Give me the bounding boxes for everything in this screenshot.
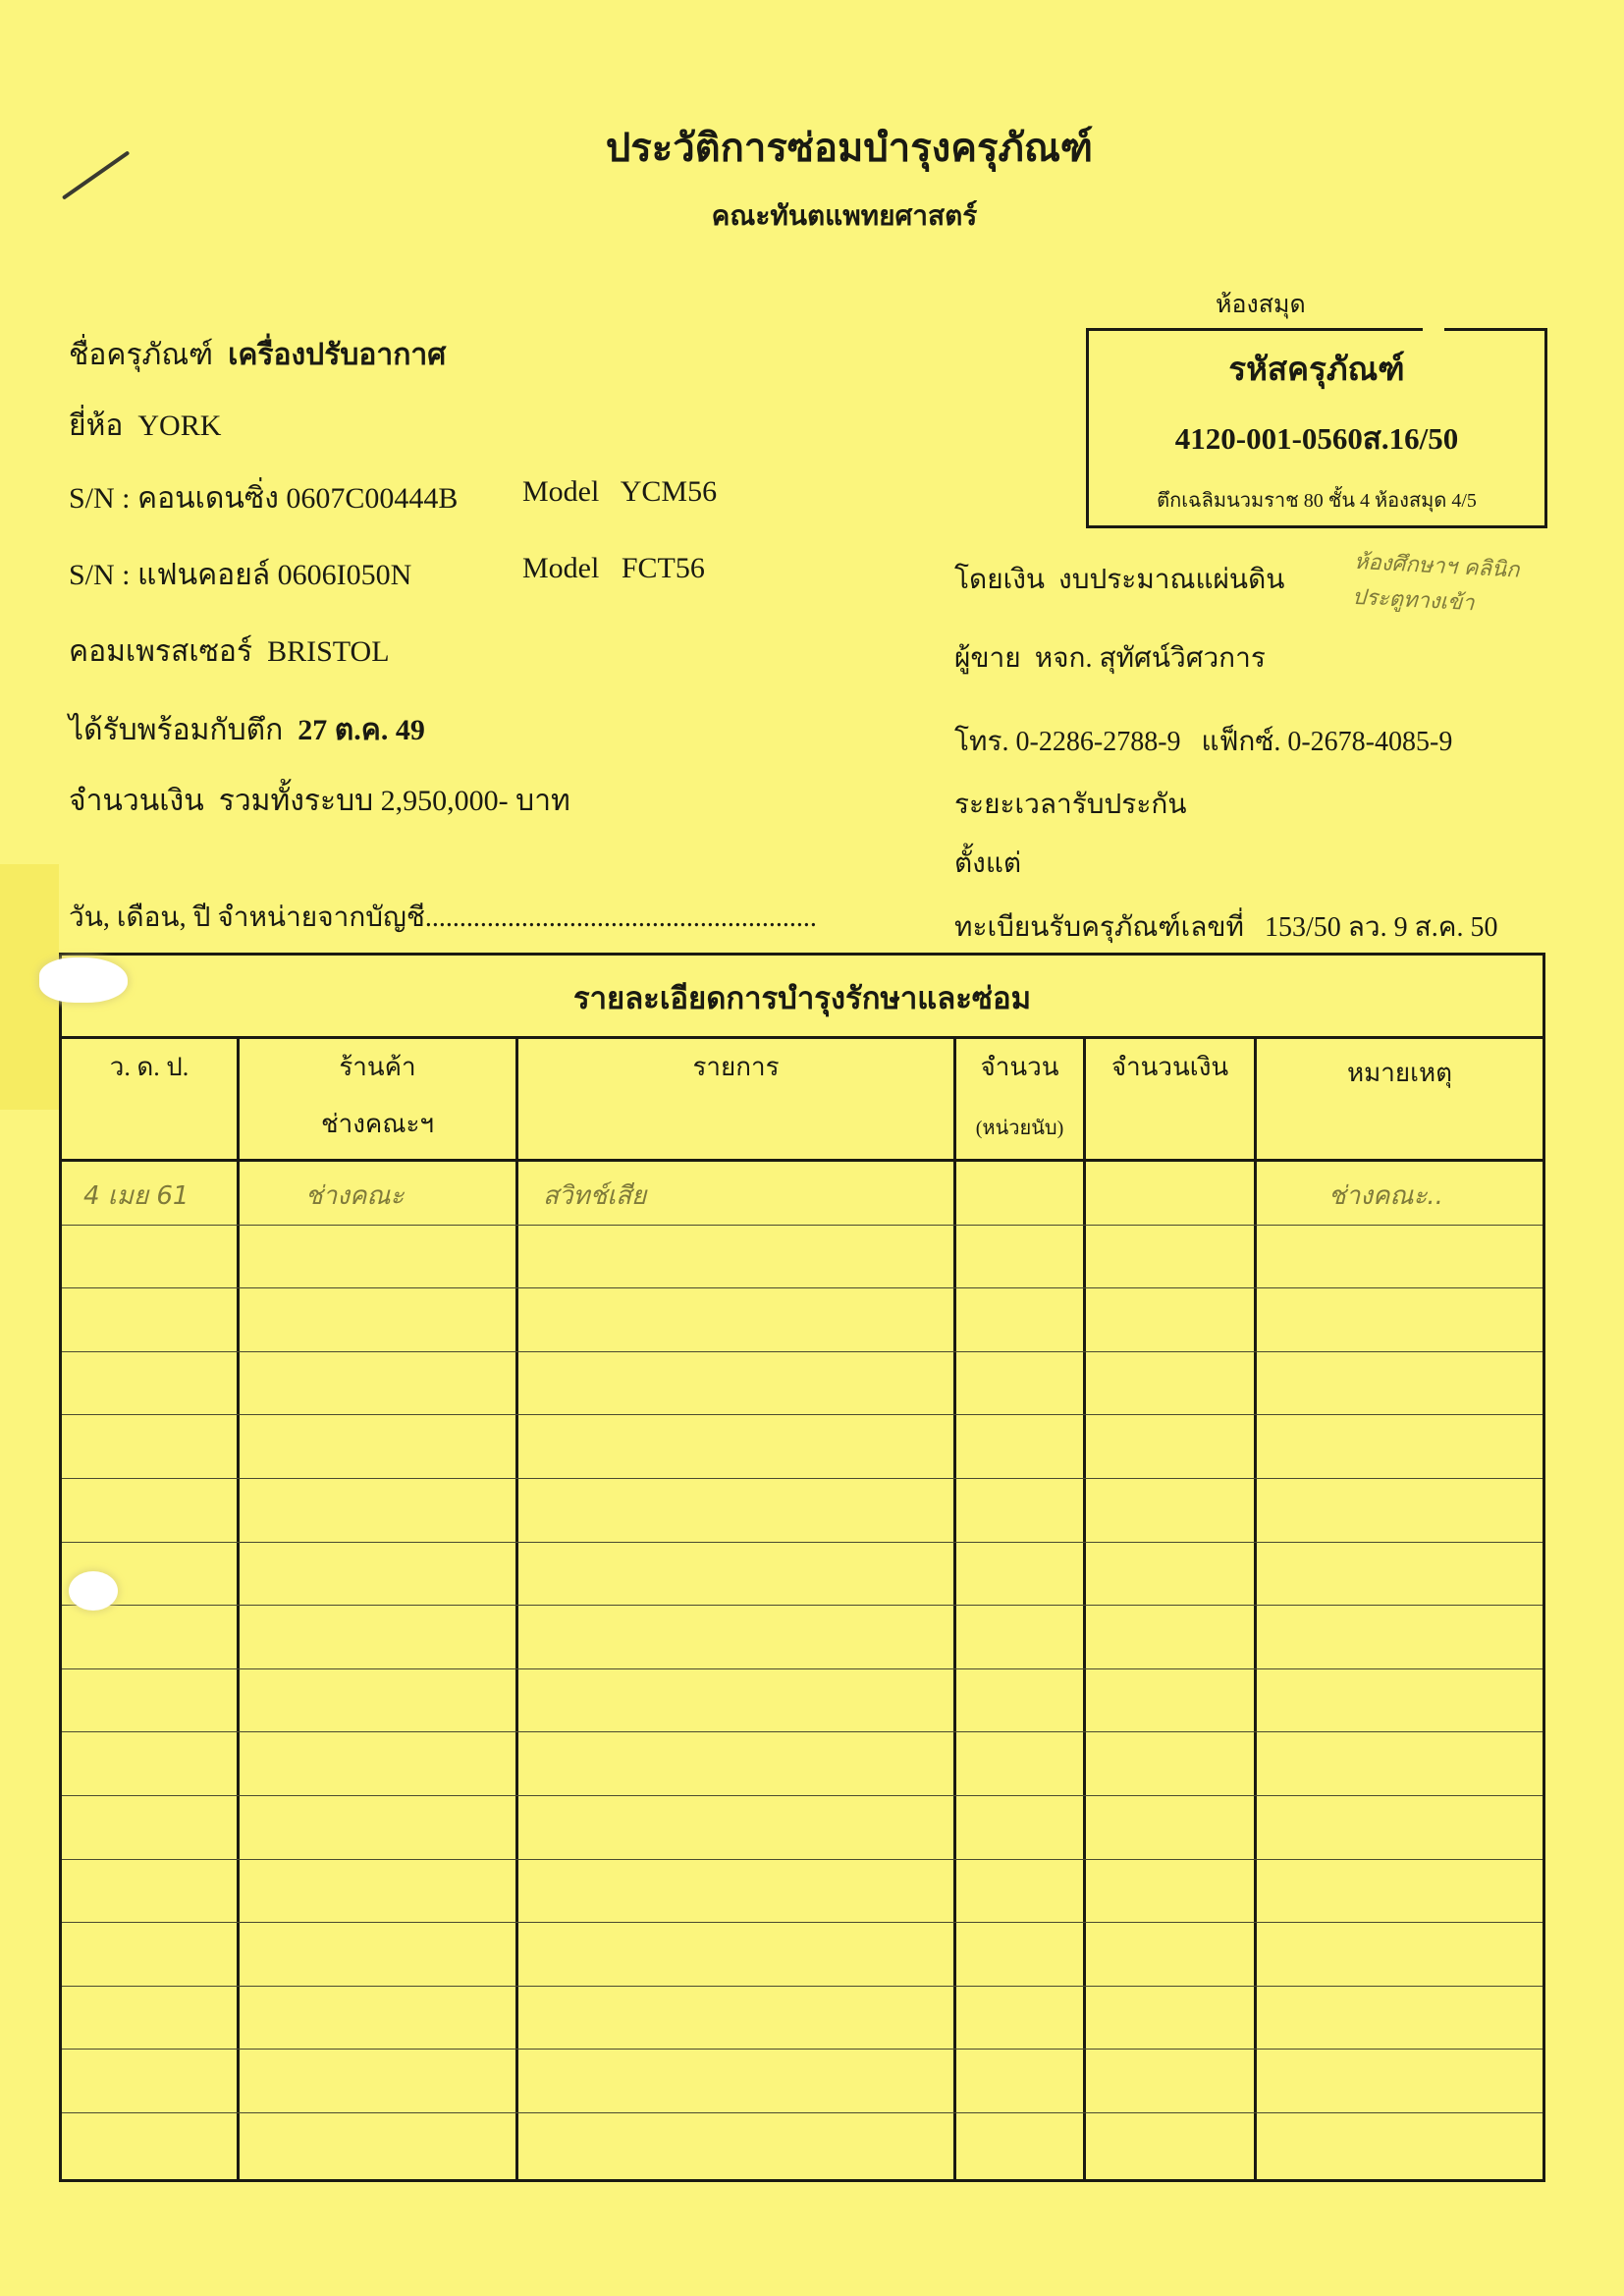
- received-date: ได้รับพร้อมกับตึก 27 ต.ค. 49: [69, 707, 425, 753]
- sn2-model-label: Model: [522, 552, 599, 584]
- registry-label: ทะเบียนรับครุภัณฑ์เลขที่: [954, 912, 1244, 943]
- equipment-name: ชื่อครุภัณฑ์ เครื่องปรับอากาศ: [69, 332, 446, 378]
- col-header-date-label: ว. ด. ป.: [62, 1047, 237, 1087]
- sn1-model-label: Model: [522, 475, 599, 508]
- brand-value: YORK: [137, 410, 221, 442]
- funding-value: งบประมาณแผ่นดิน: [1058, 565, 1284, 595]
- col-header-note: หมายเหตุ: [1257, 1039, 1543, 1162]
- phone-label: โทร.: [954, 727, 1009, 757]
- equipment-name-label: ชื่อครุภัณฑ์: [69, 339, 213, 371]
- seller: ผู้ขาย หจก. สุทัศน์วิศวการ: [954, 636, 1266, 680]
- table-row[interactable]: [62, 2050, 1543, 2113]
- col-header-amount: จำนวนเงิน: [1086, 1039, 1254, 1162]
- registry-value: 153/50 ลว. 9 ส.ค. 50: [1265, 912, 1497, 943]
- row-date[interactable]: 4 เมย 61: [83, 1175, 189, 1216]
- equipment-name-value: เครื่องปรับอากาศ: [228, 339, 446, 371]
- col-header-shop-line1: ร้านค้า: [240, 1047, 515, 1087]
- code-place: ตึกเฉลิมนวมราช 80 ชั้น 4 ห้องสมุด 4/5: [1089, 484, 1544, 516]
- compressor-value: BRISTOL: [267, 635, 389, 668]
- warranty-since-label: ตั้งแต่: [954, 842, 1021, 885]
- col-header-item: รายการ: [518, 1039, 953, 1162]
- phone-value: 0-2286-2788-9: [1016, 727, 1181, 757]
- row-shop[interactable]: ช่างคณะ: [305, 1175, 404, 1216]
- col-header-note-label: หมายเหตุ: [1257, 1053, 1543, 1093]
- handwritten-location-note: ห้องศึกษาฯ คลินิก ประตูทางเข้า: [1351, 545, 1550, 626]
- fax-label: แฟ็กซ์.: [1202, 727, 1281, 757]
- table-row[interactable]: [62, 1606, 1543, 1669]
- table-row[interactable]: [62, 1669, 1543, 1733]
- page-title: ประวัติการซ่อมบำรุงครุภัณฑ์: [0, 116, 1624, 179]
- col-header-shop: ร้านค้า ช่างคณะฯ: [240, 1039, 515, 1162]
- page-subtitle: คณะทันตแพทยศาสตร์: [0, 194, 1624, 238]
- col-header-amount-label: จำนวนเงิน: [1086, 1047, 1254, 1087]
- col-header-qty-line1: จำนวน: [956, 1047, 1083, 1087]
- table-row[interactable]: [62, 2113, 1543, 2177]
- table-row[interactable]: [62, 1987, 1543, 2050]
- fax-value: 0-2678-4085-9: [1287, 727, 1452, 757]
- code-location-label: ห้องสมุด: [1216, 285, 1306, 324]
- seller-value: หจก. สุทัศน์วิศวการ: [1035, 643, 1266, 674]
- equipment-code-box: รหัสครุภัณฑ์ 4120-001-0560ส.16/50 ตึกเฉล…: [1086, 328, 1547, 528]
- writeoff-date: วัน, เดือน, ปี จำหน่ายจากบัญชี..........…: [69, 896, 817, 939]
- sn1-value: 0607C00444B: [286, 482, 458, 515]
- col-header-shop-line2: ช่างคณะฯ: [240, 1104, 515, 1144]
- row-note[interactable]: ช่างคณะ..: [1328, 1175, 1443, 1216]
- punch-hole: [39, 957, 128, 1003]
- warranty-label: ระยะเวลารับประกัน: [954, 783, 1186, 826]
- registry: ทะเบียนรับครุภัณฑ์เลขที่ 153/50 ลว. 9 ส.…: [954, 905, 1497, 949]
- table-row[interactable]: [62, 1732, 1543, 1796]
- brand: ยี่ห้อ YORK: [69, 403, 221, 449]
- punch-hole: [69, 1571, 118, 1611]
- col-header-item-label: รายการ: [518, 1047, 953, 1087]
- contact: โทร. 0-2286-2788-9 แฟ็กซ์. 0-2678-4085-9: [954, 720, 1452, 763]
- received-value: 27 ต.ค. 49: [298, 714, 425, 746]
- table-row[interactable]: [62, 1288, 1543, 1352]
- funding: โดยเงิน งบประมาณแผ่นดิน: [954, 558, 1284, 601]
- table-row[interactable]: [62, 1352, 1543, 1416]
- compressor-label: คอมเพรสเซอร์: [69, 635, 252, 668]
- box-gap: [1423, 327, 1444, 333]
- table-title: รายละเอียดการบำรุงรักษาและซ่อม: [62, 956, 1543, 1039]
- sn1-model-value: YCM56: [621, 475, 717, 508]
- col-header-qty-line2: (หน่วยนับ): [956, 1112, 1083, 1143]
- amount-value: รวมทั้งระบบ 2,950,000- บาท: [219, 785, 570, 817]
- sn2-label: S/N : แฟนคอยล์: [69, 559, 270, 591]
- table-row[interactable]: [62, 1415, 1543, 1479]
- table-row[interactable]: 4 เมย 61 ช่างคณะ สวิทช์เสีย ช่างคณะ..: [62, 1162, 1543, 1226]
- maintenance-table: รายละเอียดการบำรุงรักษาและซ่อม ว. ด. ป. …: [59, 953, 1545, 2182]
- code-number: 4120-001-0560ส.16/50: [1089, 413, 1544, 463]
- amount: จำนวนเงิน รวมทั้งระบบ 2,950,000- บาท: [69, 778, 570, 824]
- writeoff-label: วัน, เดือน, ปี จำหน่ายจากบัญชี: [69, 902, 425, 933]
- col-header-qty: จำนวน (หน่วยนับ): [956, 1039, 1083, 1162]
- serial-condensing: S/N : คอนเดนซิ่ง 0607C00444B: [69, 475, 458, 521]
- seller-label: ผู้ขาย: [954, 643, 1021, 674]
- model-fancoil: Model FCT56: [522, 552, 705, 585]
- row-item[interactable]: สวิทช์เสีย: [543, 1175, 646, 1216]
- table-row[interactable]: [62, 1226, 1543, 1289]
- sn2-value: 0606I050N: [278, 559, 412, 591]
- table-row[interactable]: [62, 1923, 1543, 1987]
- sn2-model-value: FCT56: [622, 552, 705, 584]
- table-row[interactable]: [62, 1860, 1543, 1924]
- table-row[interactable]: [62, 1543, 1543, 1607]
- table-body: 4 เมย 61 ช่างคณะ สวิทช์เสีย ช่างคณะ..: [62, 1162, 1543, 2179]
- code-title: รหัสครุภัณฑ์: [1089, 343, 1544, 395]
- funding-label: โดยเงิน: [954, 565, 1045, 595]
- brand-label: ยี่ห้อ: [69, 410, 123, 442]
- sn1-label: S/N : คอนเดนซิ่ง: [69, 482, 279, 515]
- received-label: ได้รับพร้อมกับตึก: [69, 714, 283, 746]
- writeoff-blank[interactable]: ........................................…: [425, 902, 817, 933]
- amount-label: จำนวนเงิน: [69, 785, 204, 817]
- col-header-date: ว. ด. ป.: [62, 1039, 237, 1162]
- table-row[interactable]: [62, 1479, 1543, 1543]
- table-row[interactable]: [62, 1796, 1543, 1860]
- compressor: คอมเพรสเซอร์ BRISTOL: [69, 629, 390, 675]
- model-condensing: Model YCM56: [522, 475, 717, 509]
- serial-fancoil: S/N : แฟนคอยล์ 0606I050N: [69, 552, 411, 598]
